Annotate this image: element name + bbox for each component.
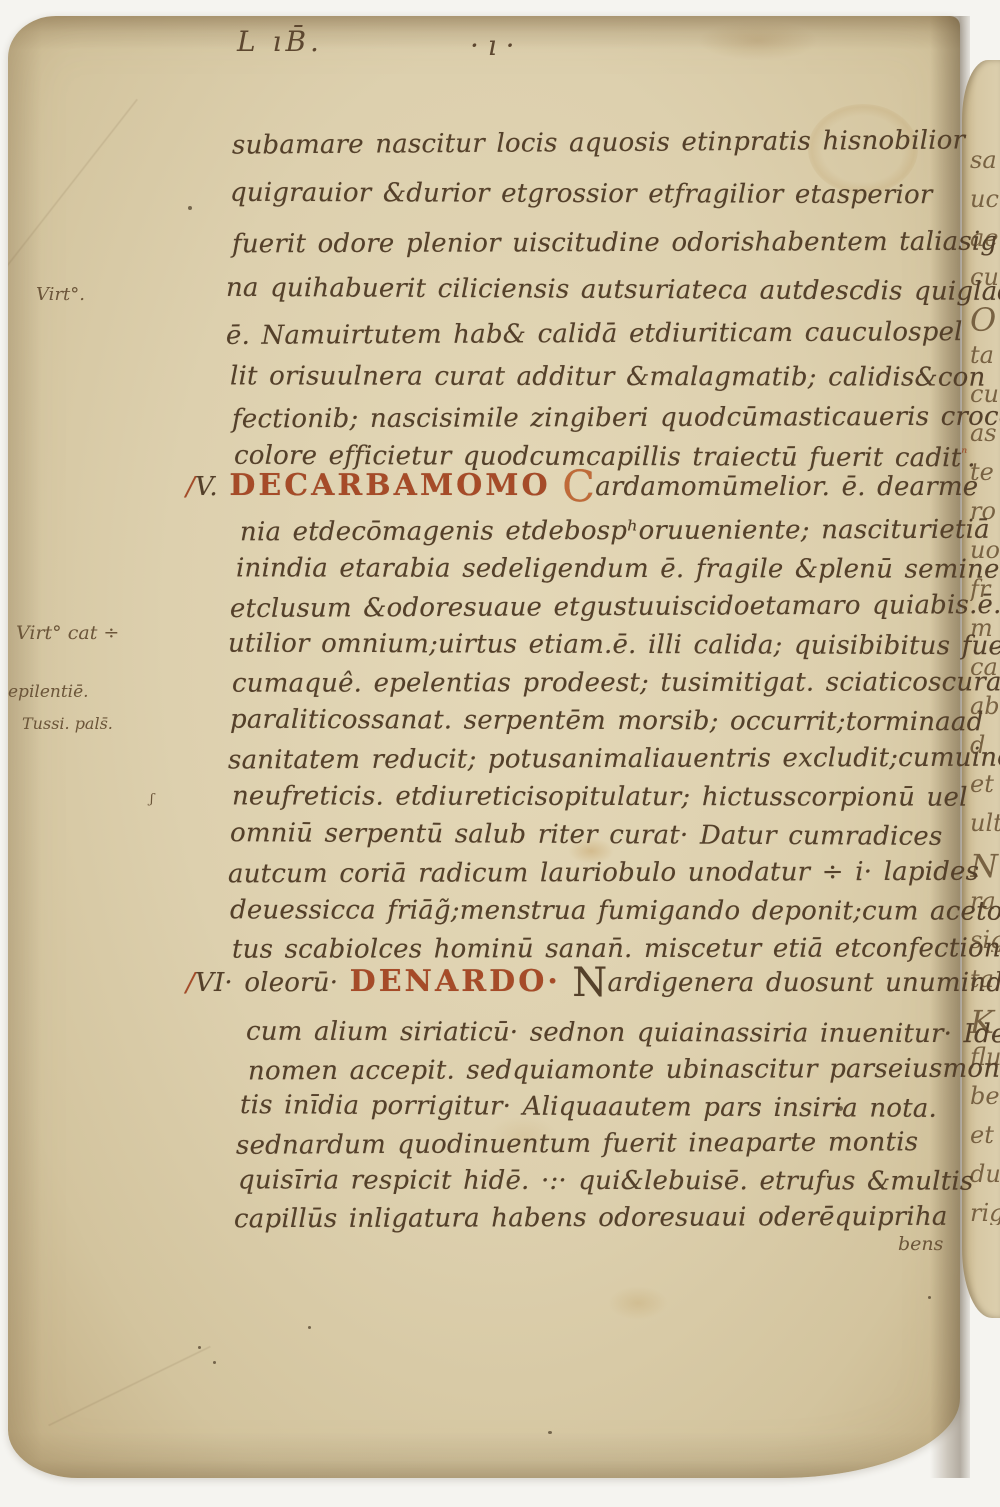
text-segment-ink: autcum coriā radicum lauriobulo unodatur…: [228, 857, 979, 890]
text-segment-ink: sednardum quodinuentum fuerit ineaparte …: [236, 1127, 918, 1161]
text-segment-ink: cumaquê. epelentias prodeest; tusimitiga…: [232, 667, 1000, 698]
text-segment-ink: deuessicca friāg̃;menstrua fumigando dep…: [230, 895, 1000, 926]
manuscript-text-line: subamare nascitur locis aquosis etinprat…: [232, 127, 965, 159]
text-segment-rubric: /: [186, 472, 195, 502]
manuscript-text-line: deuessicca friāg̃;menstrua fumigando dep…: [230, 897, 1000, 926]
manuscript-text-line: sanitatem reducit; potusanimaliauentris …: [228, 745, 1000, 775]
running-header-book: L ıB̄.: [237, 28, 323, 56]
manuscript-text-line: tus scabiolces hominū sanan̄. miscetur e…: [232, 935, 1000, 964]
text-segment-ink: V.: [195, 472, 229, 502]
text-segment-ink: tis inīdia porrigitur· Aliquaautem pars …: [240, 1090, 937, 1124]
manuscript-photo: { "document": { "description_label": "me…: [0, 0, 1000, 1507]
page-content: L ıB̄. · ı · subamare nascitur locis aqu…: [0, 0, 1000, 1507]
text-segment-initial-rubric: C: [562, 462, 595, 512]
text-segment-ink: subamare nascitur locis aquosis etinprat…: [232, 125, 965, 160]
text-segment-ink: VI· oleorū·: [195, 968, 350, 998]
manuscript-text-line: lit orisuulnera curat additur &malagmati…: [230, 363, 985, 392]
text-segment-ink: inindia etarabia sedeligendum ē. fragile…: [236, 553, 1000, 584]
text-segment-initial-ink: N: [572, 960, 607, 1006]
manuscript-text-line: inindia etarabia sedeligendum ē. fragile…: [236, 555, 1000, 584]
manuscript-text-line: omniū serpentū salub riter curat· Datur …: [230, 820, 943, 851]
margin-note: Virt° cat ÷: [16, 624, 119, 643]
manuscript-text-line: paraliticossanat. serpentēm morsib; occu…: [230, 707, 984, 737]
chapter-heading-line: /VI· oleorū· DENARDO· Nardigenera duosun…: [186, 966, 1000, 998]
text-segment-ink: [551, 472, 562, 502]
manuscript-text-line: sednardum quodinuentum fuerit ineaparte …: [236, 1129, 918, 1160]
text-segment-ink: fuerit odore plenior uiscitudine odorish…: [232, 227, 997, 260]
manuscript-text-line: neufreticis. etdiureticisopitulatur; hic…: [232, 783, 968, 812]
text-segment-rubric: /: [186, 968, 195, 998]
manuscript-text-line: utilior omnium;uirtus etiam.ē. illi cali…: [228, 631, 1000, 661]
manuscript-text-line: fectionib; nascisimile zingiberi quodcūm…: [232, 404, 1000, 434]
text-segment-ink: lit orisuulnera curat additur &malagmati…: [230, 361, 985, 392]
manuscript-text-line: quigrauior &durior etgrossior etfragilio…: [230, 180, 933, 210]
text-segment-ink: quigrauior &durior etgrossior etfragilio…: [230, 178, 933, 210]
chapter-heading-line: /V. DECARBAMOMO Cardamomūmelior. ē. dear…: [186, 470, 978, 502]
text-segment-ink: omniū serpentū salub riter curat· Datur …: [230, 818, 943, 852]
text-segment-ink: paraliticossanat. serpentēm morsib; occu…: [230, 705, 984, 738]
text-segment-ink: etclusum &odoresuaue etgustuuiscidoetama…: [230, 590, 1000, 624]
margin-note: epilentiē.: [8, 684, 89, 701]
text-segment-ink: ardamomūmelior. ē. dearme: [595, 472, 978, 502]
text-segment-ink: [561, 968, 572, 998]
text-segment-ink: quisīria respicit hidē. ·:· qui&lebuisē.…: [238, 1165, 973, 1196]
text-segment-rubric-caps: DENARDO·: [350, 964, 561, 999]
text-segment-ink: tus scabiolces hominū sanan̄. miscetur e…: [232, 933, 1000, 964]
margin-note: Virt°.: [36, 286, 85, 304]
catchword: bens: [898, 1235, 943, 1254]
manuscript-text-line: etclusum &odoresuaue etgustuuiscidoetama…: [230, 592, 1000, 623]
text-segment-ink: nomen accepit. sedquiamonte ubinascitur …: [248, 1054, 1000, 1087]
text-segment-ink: neufreticis. etdiureticisopitulatur; hic…: [232, 781, 968, 812]
manuscript-text-line: cumaquê. epelentias prodeest; tusimitiga…: [232, 669, 1000, 698]
text-segment-rubric-caps: DECARBAMOMO: [229, 468, 550, 503]
manuscript-text-line: cum alium siriaticū· sednon quiainassiri…: [246, 1019, 1000, 1049]
manuscript-text-line: ē. Namuirtutem hab& calidā etdiuriticam …: [226, 319, 963, 350]
manuscript-text-line: autcum coriā radicum lauriobulo unodatur…: [228, 859, 979, 889]
manuscript-text-line: na quihabuerit ciliciensis autsuriateca …: [226, 275, 1000, 307]
manuscript-text-line: quisīria respicit hidē. ·:· qui&lebuisē.…: [238, 1167, 973, 1196]
text-segment-ink: capillūs inligatura habens odoresuaui od…: [234, 1202, 948, 1234]
manuscript-text-line: nomen accepit. sedquiamonte ubinascitur …: [248, 1056, 1000, 1086]
running-header-folio-number: · ı ·: [470, 32, 515, 60]
manuscript-text-line: nia etdecōmagenis etdebospʰoruueniente; …: [240, 517, 990, 547]
text-segment-ink: sanitatem reducit; potusanimaliauentris …: [228, 743, 1000, 776]
text-segment-ink: utilior omnium;uirtus etiam.ē. illi cali…: [228, 629, 1000, 662]
text-segment-ink: nia etdecōmagenis etdebospʰoruueniente; …: [240, 515, 990, 548]
manuscript-text-line: fuerit odore plenior uiscitudine odorish…: [232, 229, 997, 259]
text-segment-ink: na quihabuerit ciliciensis autsuriateca …: [226, 273, 1000, 307]
manuscript-text-line: capillūs inligatura habens odoresuaui od…: [234, 1204, 948, 1234]
manuscript-text-line: tis inīdia porrigitur· Aliquaautem pars …: [240, 1092, 937, 1123]
text-segment-ink: .: [967, 443, 976, 473]
text-segment-ink: ē. Namuirtutem hab& calidā etdiuriticam …: [226, 317, 963, 351]
text-segment-ink: ardigenera duosunt unumindi: [607, 968, 1000, 998]
text-segment-ink: fectionib; nascisimile zingiberi quodcūm…: [232, 402, 1000, 435]
text-segment-ink: cum alium siriaticū· sednon quiainassiri…: [246, 1017, 1000, 1050]
margin-note: ʃ: [150, 793, 154, 806]
margin-note: Tussi. pals̄.: [22, 716, 113, 732]
